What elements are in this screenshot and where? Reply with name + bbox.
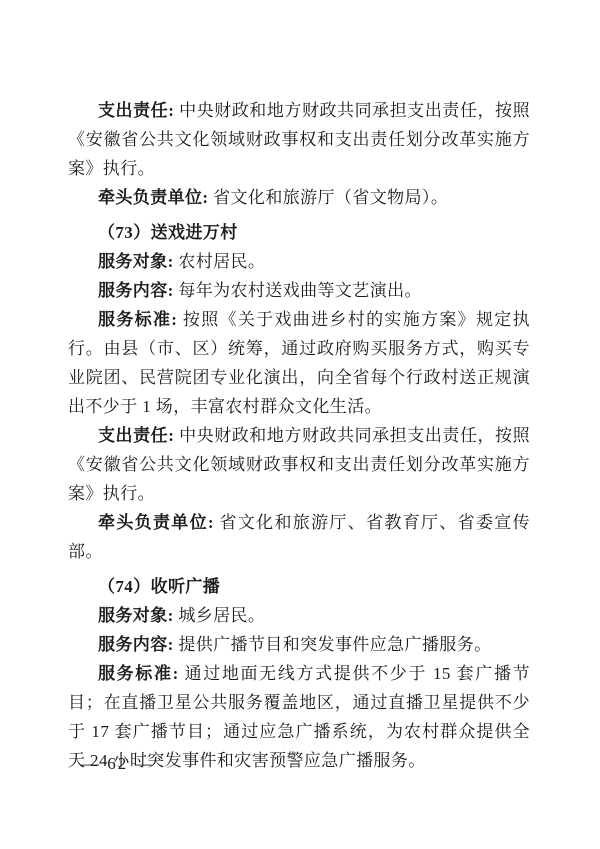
paragraph-expenditure-responsibility: 支出责任: 中央财政和地方财政共同承担支出责任，按照《安徽省公共文化领域财政事权…: [68, 421, 530, 508]
paragraph-label: 牵头负责单位:: [98, 513, 220, 532]
paragraph-service-content: 服务内容: 提供广播节目和突发事件应急广播服务。: [68, 630, 530, 659]
paragraph-text: 城乡居民。: [178, 606, 265, 625]
paragraph-label: 服务内容:: [98, 635, 178, 654]
paragraph-expenditure-responsibility: 支出责任: 中央财政和地方财政共同承担支出责任，按照《安徽省公共文化领域财政事权…: [68, 96, 530, 183]
paragraph-label: 服务标准:: [98, 310, 183, 329]
page-number: — 62 —: [82, 752, 154, 776]
paragraph-service-target: 服务对象: 城乡居民。: [68, 601, 530, 630]
paragraph-label: 服务标准:: [98, 664, 185, 683]
paragraph-text: 提供广播节目和突发事件应急广播服务。: [178, 635, 491, 654]
paragraph-label: 支出责任:: [98, 101, 179, 120]
document-page: 支出责任: 中央财政和地方财政共同承担支出责任，按照《安徽省公共文化领域财政事权…: [0, 0, 600, 849]
paragraph-service-target: 服务对象: 农村居民。: [68, 247, 530, 276]
paragraph-text: 每年为农村送戏曲等文艺演出。: [178, 281, 422, 300]
paragraph-text: 农村居民。: [178, 252, 265, 271]
paragraph-label: 牵头负责单位:: [98, 188, 213, 207]
paragraph-lead-unit: 牵头负责单位: 省文化和旅游厅（省文物局）。: [68, 183, 530, 212]
section-heading-73: （73）送戏进万村: [68, 218, 530, 247]
paragraph-service-content: 服务内容: 每年为农村送戏曲等文艺演出。: [68, 276, 530, 305]
paragraph-label: 支出责任:: [98, 426, 179, 445]
paragraph-label: 服务内容:: [98, 281, 178, 300]
paragraph-service-standard: 服务标准: 按照《关于戏曲进乡村的实施方案》规定执行。由县（市、区）统筹，通过政…: [68, 305, 530, 421]
paragraph-label: 服务对象:: [98, 606, 178, 625]
section-heading-74: （74）收听广播: [68, 572, 530, 601]
paragraph-text: 省文化和旅游厅（省文物局）。: [213, 188, 448, 207]
paragraph-label: 服务对象:: [98, 252, 178, 271]
paragraph-lead-unit: 牵头负责单位: 省文化和旅游厅、省教育厅、省委宣传部。: [68, 508, 530, 566]
document-body: 支出责任: 中央财政和地方财政共同承担支出责任，按照《安徽省公共文化领域财政事权…: [68, 96, 530, 775]
